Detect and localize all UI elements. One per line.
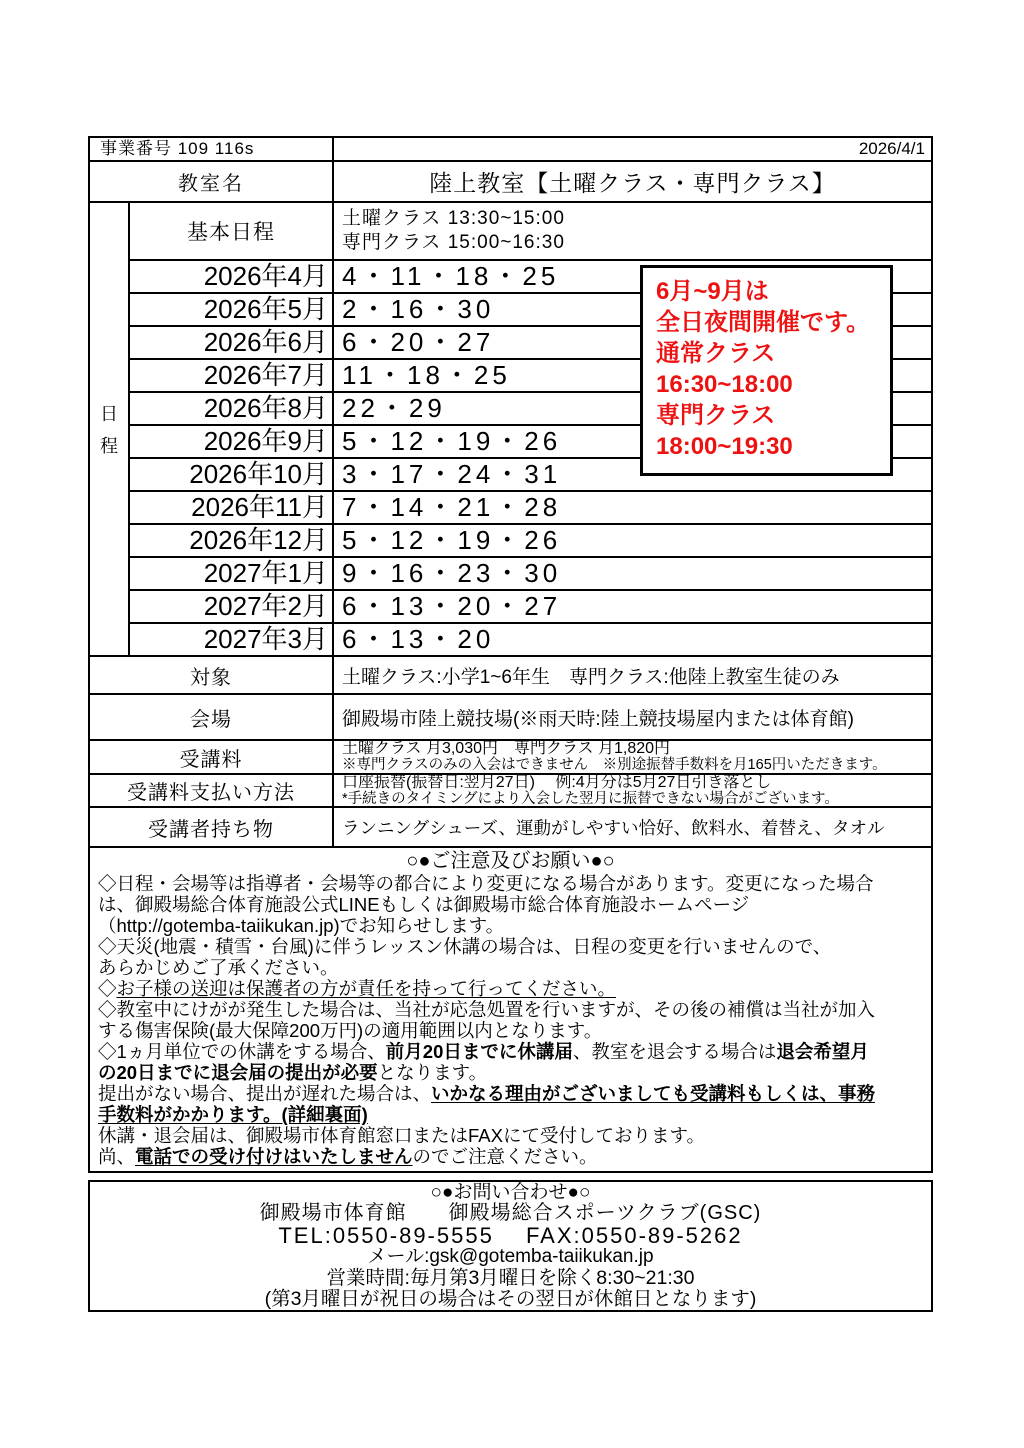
note-segment: 、教室を退会する場合は: [573, 1041, 777, 1062]
note-segment: ◇教室中にけがが発生した場合は、当社が応急処置を行いますが、その後の補償は当社が…: [98, 999, 875, 1020]
note-segment: となります。: [378, 1062, 488, 1083]
contact-box: ○●お問い合わせ●○ 御殿場市体育館 御殿場総合スポーツクラブ(GSC) TEL…: [88, 1180, 933, 1312]
note-line: ◇日程・会場等は指導者・会場等の都合により変更になる場合があります。変更になった…: [98, 873, 923, 894]
basic-schedule-label: 基本日程: [130, 203, 334, 259]
note-segment: あらかじめご了承ください。: [98, 957, 339, 978]
note-line: 提出がない場合、提出が遅れた場合は、いかなる理由がございましても受講料もしくは、…: [98, 1083, 923, 1104]
business-number: 事業番号 109 116s: [90, 138, 334, 160]
contact-hours: 営業時間:毎月第3月曜日を除く8:30~21:30: [327, 1268, 695, 1290]
basic-schedule-times: 土曜クラス 13:30~15:00 専門クラス 15:00~16:30: [334, 203, 931, 259]
basic-schedule-line: 専門クラス 15:00~16:30: [342, 231, 931, 255]
detail-row: 会場御殿場市陸上競技場(※雨天時:陸上競技場屋内または体育館): [90, 693, 931, 739]
month-label: 2026年11月: [130, 492, 334, 523]
note-segment: 提出がない場合、提出が遅れた場合は、: [98, 1083, 431, 1104]
note-segment: ◇: [98, 978, 117, 999]
contact-email: メール:gsk@gotemba-taiikukan.jp: [367, 1246, 653, 1268]
note-segment: 尚、: [98, 1146, 135, 1167]
note-segment: お子様の送迎は保護者の方が責任を持って行ってください。: [117, 978, 617, 999]
night-notice-line: 通常クラス: [656, 338, 890, 369]
notes-title: ○●ご注意及びお願い●○: [98, 850, 923, 873]
schedule-month-row: 2027年2月6・13・20・27: [130, 589, 931, 622]
business-number-row: 事業番号 109 116s 2026/4/1: [90, 138, 931, 160]
month-label: 2026年5月: [130, 294, 334, 325]
note-segment: する傷害保険(最大保障200万円)の適用範囲以内となります。: [98, 1020, 602, 1041]
note-line: する傷害保険(最大保障200万円)の適用範囲以内となります。: [98, 1020, 923, 1041]
note-segment: のでご注意ください。: [413, 1146, 598, 1167]
detail-value: ランニングシューズ、運動がしやすい恰好、飲料水、着替え、タオル: [334, 808, 931, 846]
detail-value: 土曜クラス 月3,030円 専門クラス 月1,820円※専門クラスのみの入会はで…: [334, 741, 931, 773]
night-notice-line: 16:30~18:00: [656, 369, 890, 400]
note-segment: 手数料がかかります。(詳細裏面): [98, 1104, 368, 1125]
schedule-month-row: 2026年11月7・14・21・28: [130, 490, 931, 523]
class-name-label: 教室名: [90, 162, 334, 201]
detail-line: ランニングシューズ、運動がしやすい恰好、飲料水、着替え、タオル: [342, 815, 931, 840]
class-name-value: 陸上教室【土曜クラス・専門クラス】: [334, 162, 931, 201]
detail-line: 土曜クラス:小学1~6年生 専門クラス:他陸上教室生徒のみ: [342, 662, 931, 689]
night-notice-line: 6月~9月は: [656, 276, 890, 307]
detail-value: 口座振替(振替日:翌月27日) 例:4月分は5月27日引き落とし*手続きのタイミ…: [334, 775, 931, 806]
month-dates: 6・13・20・27: [334, 591, 931, 622]
note-line: 尚、電話での受け付けはいたしませんのでご注意ください。: [98, 1146, 923, 1167]
detail-line: ※専門クラスのみの入会はできません ※別途振替手数料を月165円いただきます。: [342, 758, 931, 773]
notes-section: ○●ご注意及びお願い●○ ◇日程・会場等は指導者・会場等の都合により変更になる場…: [90, 846, 931, 1171]
note-segment: （http://gotemba-taiikukan.jp)でお知らせします。: [98, 915, 504, 936]
schedule-section-label: 日 程: [90, 203, 130, 655]
month-label: 2026年6月: [130, 327, 334, 358]
note-line: ◇お子様の送迎は保護者の方が責任を持って行ってください。: [98, 978, 923, 999]
basic-schedule-row: 基本日程 土曜クラス 13:30~15:00 専門クラス 15:00~16:30: [130, 203, 931, 259]
note-segment: ◇日程・会場等は指導者・会場等の都合により変更になる場合があります。変更になった…: [98, 873, 874, 894]
month-label: 2027年2月: [130, 591, 334, 622]
month-label: 2026年9月: [130, 426, 334, 457]
detail-value: 御殿場市陸上競技場(※雨天時:陸上競技場屋内または体育館): [334, 695, 931, 739]
night-schedule-notice: 6月~9月は全日夜間開催です。通常クラス16:30~18:00専門クラス18:0…: [640, 265, 893, 476]
note-line: 休講・退会届は、御殿場市体育館窓口またはFAXにて受付しております。: [98, 1125, 923, 1146]
detail-row: 受講料土曜クラス 月3,030円 専門クラス 月1,820円※専門クラスのみの入…: [90, 739, 931, 773]
contact-tel-fax: TEL:0550-89-5555 FAX:0550-89-5262: [278, 1225, 742, 1247]
detail-rows: 対象土曜クラス:小学1~6年生 専門クラス:他陸上教室生徒のみ会場御殿場市陸上競…: [90, 655, 931, 846]
note-line: 手数料がかかります。(詳細裏面): [98, 1104, 923, 1125]
month-label: 2026年10月: [130, 459, 334, 490]
schedule-label-char: 日: [100, 400, 118, 426]
contact-holiday-note: (第3月曜日が祝日の場合はその翌日が休館日となります): [265, 1289, 757, 1311]
schedule-month-row: 2027年3月6・13・20: [130, 622, 931, 655]
note-line: の20日までに退会届の提出が必要となります。: [98, 1062, 923, 1083]
detail-line: 土曜クラス 月3,030円 専門クラス 月1,820円: [342, 741, 931, 757]
detail-value: 土曜クラス:小学1~6年生 専門クラス:他陸上教室生徒のみ: [334, 657, 931, 693]
main-table: 事業番号 109 116s 2026/4/1 教室名 陸上教室【土曜クラス・専門…: [88, 136, 933, 1173]
basic-schedule-line: 土曜クラス 13:30~15:00: [342, 207, 931, 231]
detail-label: 受講者持ち物: [90, 808, 334, 846]
month-label: 2027年1月: [130, 558, 334, 589]
month-dates: 9・16・23・30: [334, 558, 931, 589]
note-segment: は、御殿場総合体育施設公式LINEもしくは御殿場市総合体育施設ホームページ: [98, 894, 749, 915]
contact-title: ○●お問い合わせ●○: [431, 1182, 591, 1204]
schedule-month-row: 2026年12月5・12・19・26: [130, 523, 931, 556]
note-line: は、御殿場総合体育施設公式LINEもしくは御殿場市総合体育施設ホームページ: [98, 894, 923, 915]
month-dates: 6・13・20: [334, 624, 931, 655]
note-line: ◇教室中にけがが発生した場合は、当社が応急処置を行いますが、その後の補償は当社が…: [98, 999, 923, 1020]
note-segment: ◇天災(地震・積雪・台風)に伴うレッスン休講の場合は、日程の変更を行いませんので…: [98, 936, 831, 957]
detail-row: 対象土曜クラス:小学1~6年生 専門クラス:他陸上教室生徒のみ: [90, 655, 931, 693]
detail-row: 受講料支払い方法口座振替(振替日:翌月27日) 例:4月分は5月27日引き落とし…: [90, 773, 931, 806]
detail-line: *手続きのタイミングにより入会した翌月に振替できない場合がございます。: [342, 792, 931, 807]
night-notice-line: 18:00~19:30: [656, 431, 890, 462]
month-label: 2026年4月: [130, 261, 334, 292]
note-segment: の20日までに退会届の提出が必要: [98, 1062, 378, 1083]
month-label: 2027年3月: [130, 624, 334, 655]
detail-label: 受講料支払い方法: [90, 775, 334, 806]
note-segment: 退会希望月: [776, 1041, 869, 1062]
note-segment: いかなる理由がございましても受講料もしくは、事務: [431, 1083, 875, 1104]
note-line: （http://gotemba-taiikukan.jp)でお知らせします。: [98, 915, 923, 936]
note-line: あらかじめご了承ください。: [98, 957, 923, 978]
note-line: ◇天災(地震・積雪・台風)に伴うレッスン休講の場合は、日程の変更を行いませんので…: [98, 936, 923, 957]
note-segment: 休講・退会届は、御殿場市体育館窓口またはFAXにて受付しております。: [98, 1125, 705, 1146]
detail-row: 受講者持ち物ランニングシューズ、運動がしやすい恰好、飲料水、着替え、タオル: [90, 806, 931, 846]
notes-body: ◇日程・会場等は指導者・会場等の都合により変更になる場合があります。変更になった…: [98, 873, 923, 1167]
month-dates: 7・14・21・28: [334, 492, 931, 523]
month-dates: 5・12・19・26: [334, 525, 931, 556]
schedule-label-char: 程: [100, 432, 118, 458]
schedule-month-row: 2027年1月9・16・23・30: [130, 556, 931, 589]
detail-label: 会場: [90, 695, 334, 739]
note-segment: ◇1ヵ月単位での休講をする場合、: [98, 1041, 386, 1062]
note-segment: 前月20日までに休講届: [386, 1041, 573, 1062]
detail-line: 口座振替(振替日:翌月27日) 例:4月分は5月27日引き落とし: [342, 775, 931, 791]
month-label: 2026年8月: [130, 393, 334, 424]
month-label: 2026年7月: [130, 360, 334, 391]
note-segment: 電話での受け付けはいたしません: [135, 1146, 413, 1167]
class-name-row: 教室名 陸上教室【土曜クラス・専門クラス】: [90, 160, 931, 201]
detail-label: 受講料: [90, 741, 334, 773]
night-notice-line: 専門クラス: [656, 400, 890, 431]
detail-label: 対象: [90, 657, 334, 693]
contact-organizations: 御殿場市体育館 御殿場総合スポーツクラブ(GSC): [260, 1203, 762, 1225]
detail-line: 御殿場市陸上競技場(※雨天時:陸上競技場屋内または体育館): [342, 704, 931, 731]
note-line: ◇1ヵ月単位での休講をする場合、前月20日までに休講届、教室を退会する場合は退会…: [98, 1041, 923, 1062]
issue-date: 2026/4/1: [334, 138, 931, 160]
night-notice-line: 全日夜間開催です。: [656, 307, 890, 338]
month-label: 2026年12月: [130, 525, 334, 556]
